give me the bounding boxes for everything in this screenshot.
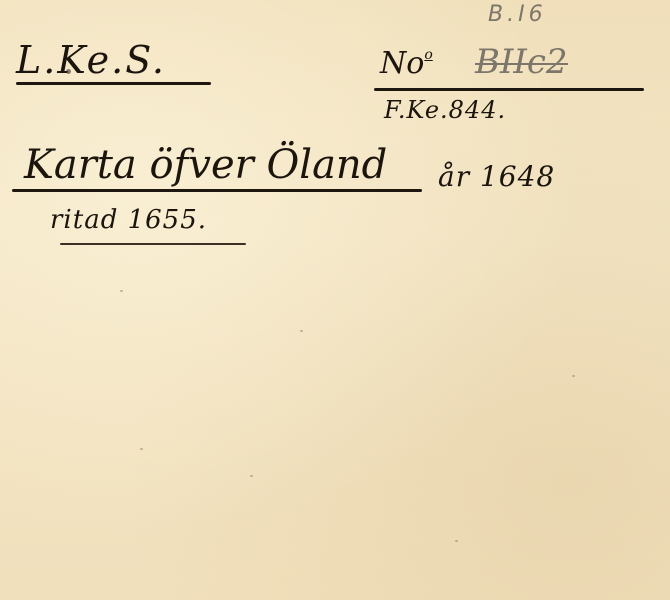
paper-speck	[572, 375, 575, 377]
paper-speck	[300, 330, 303, 332]
catalog-number: F.Ke.844.	[384, 96, 506, 124]
catalog-card: L.Ke.S. B.I6 Noo BIIc2 F.Ke.844. Karta ö…	[0, 0, 670, 600]
paper-speck	[120, 290, 123, 292]
collection-code-underline	[16, 82, 211, 85]
collection-code: L.Ke.S.	[16, 38, 166, 82]
drawn-date: ritad 1655.	[50, 205, 207, 235]
title-underline	[12, 189, 422, 192]
ink-blot	[66, 69, 71, 74]
number-label: Noo	[380, 46, 433, 81]
paper-speck	[455, 540, 458, 542]
old-shelfmark-struck: BIIc2	[475, 42, 568, 82]
new-shelfmark-pencil: B.I6	[488, 2, 547, 27]
card-title: Karta öfver Öland	[24, 142, 387, 188]
drawn-date-underline	[60, 243, 246, 245]
number-label-text: No	[380, 46, 424, 81]
paper-speck	[140, 448, 143, 450]
number-label-superscript: o	[424, 47, 432, 63]
strikethrough-line	[475, 63, 568, 65]
year-text: år 1648	[438, 160, 555, 193]
paper-speck	[250, 475, 253, 477]
number-underline	[374, 88, 644, 91]
